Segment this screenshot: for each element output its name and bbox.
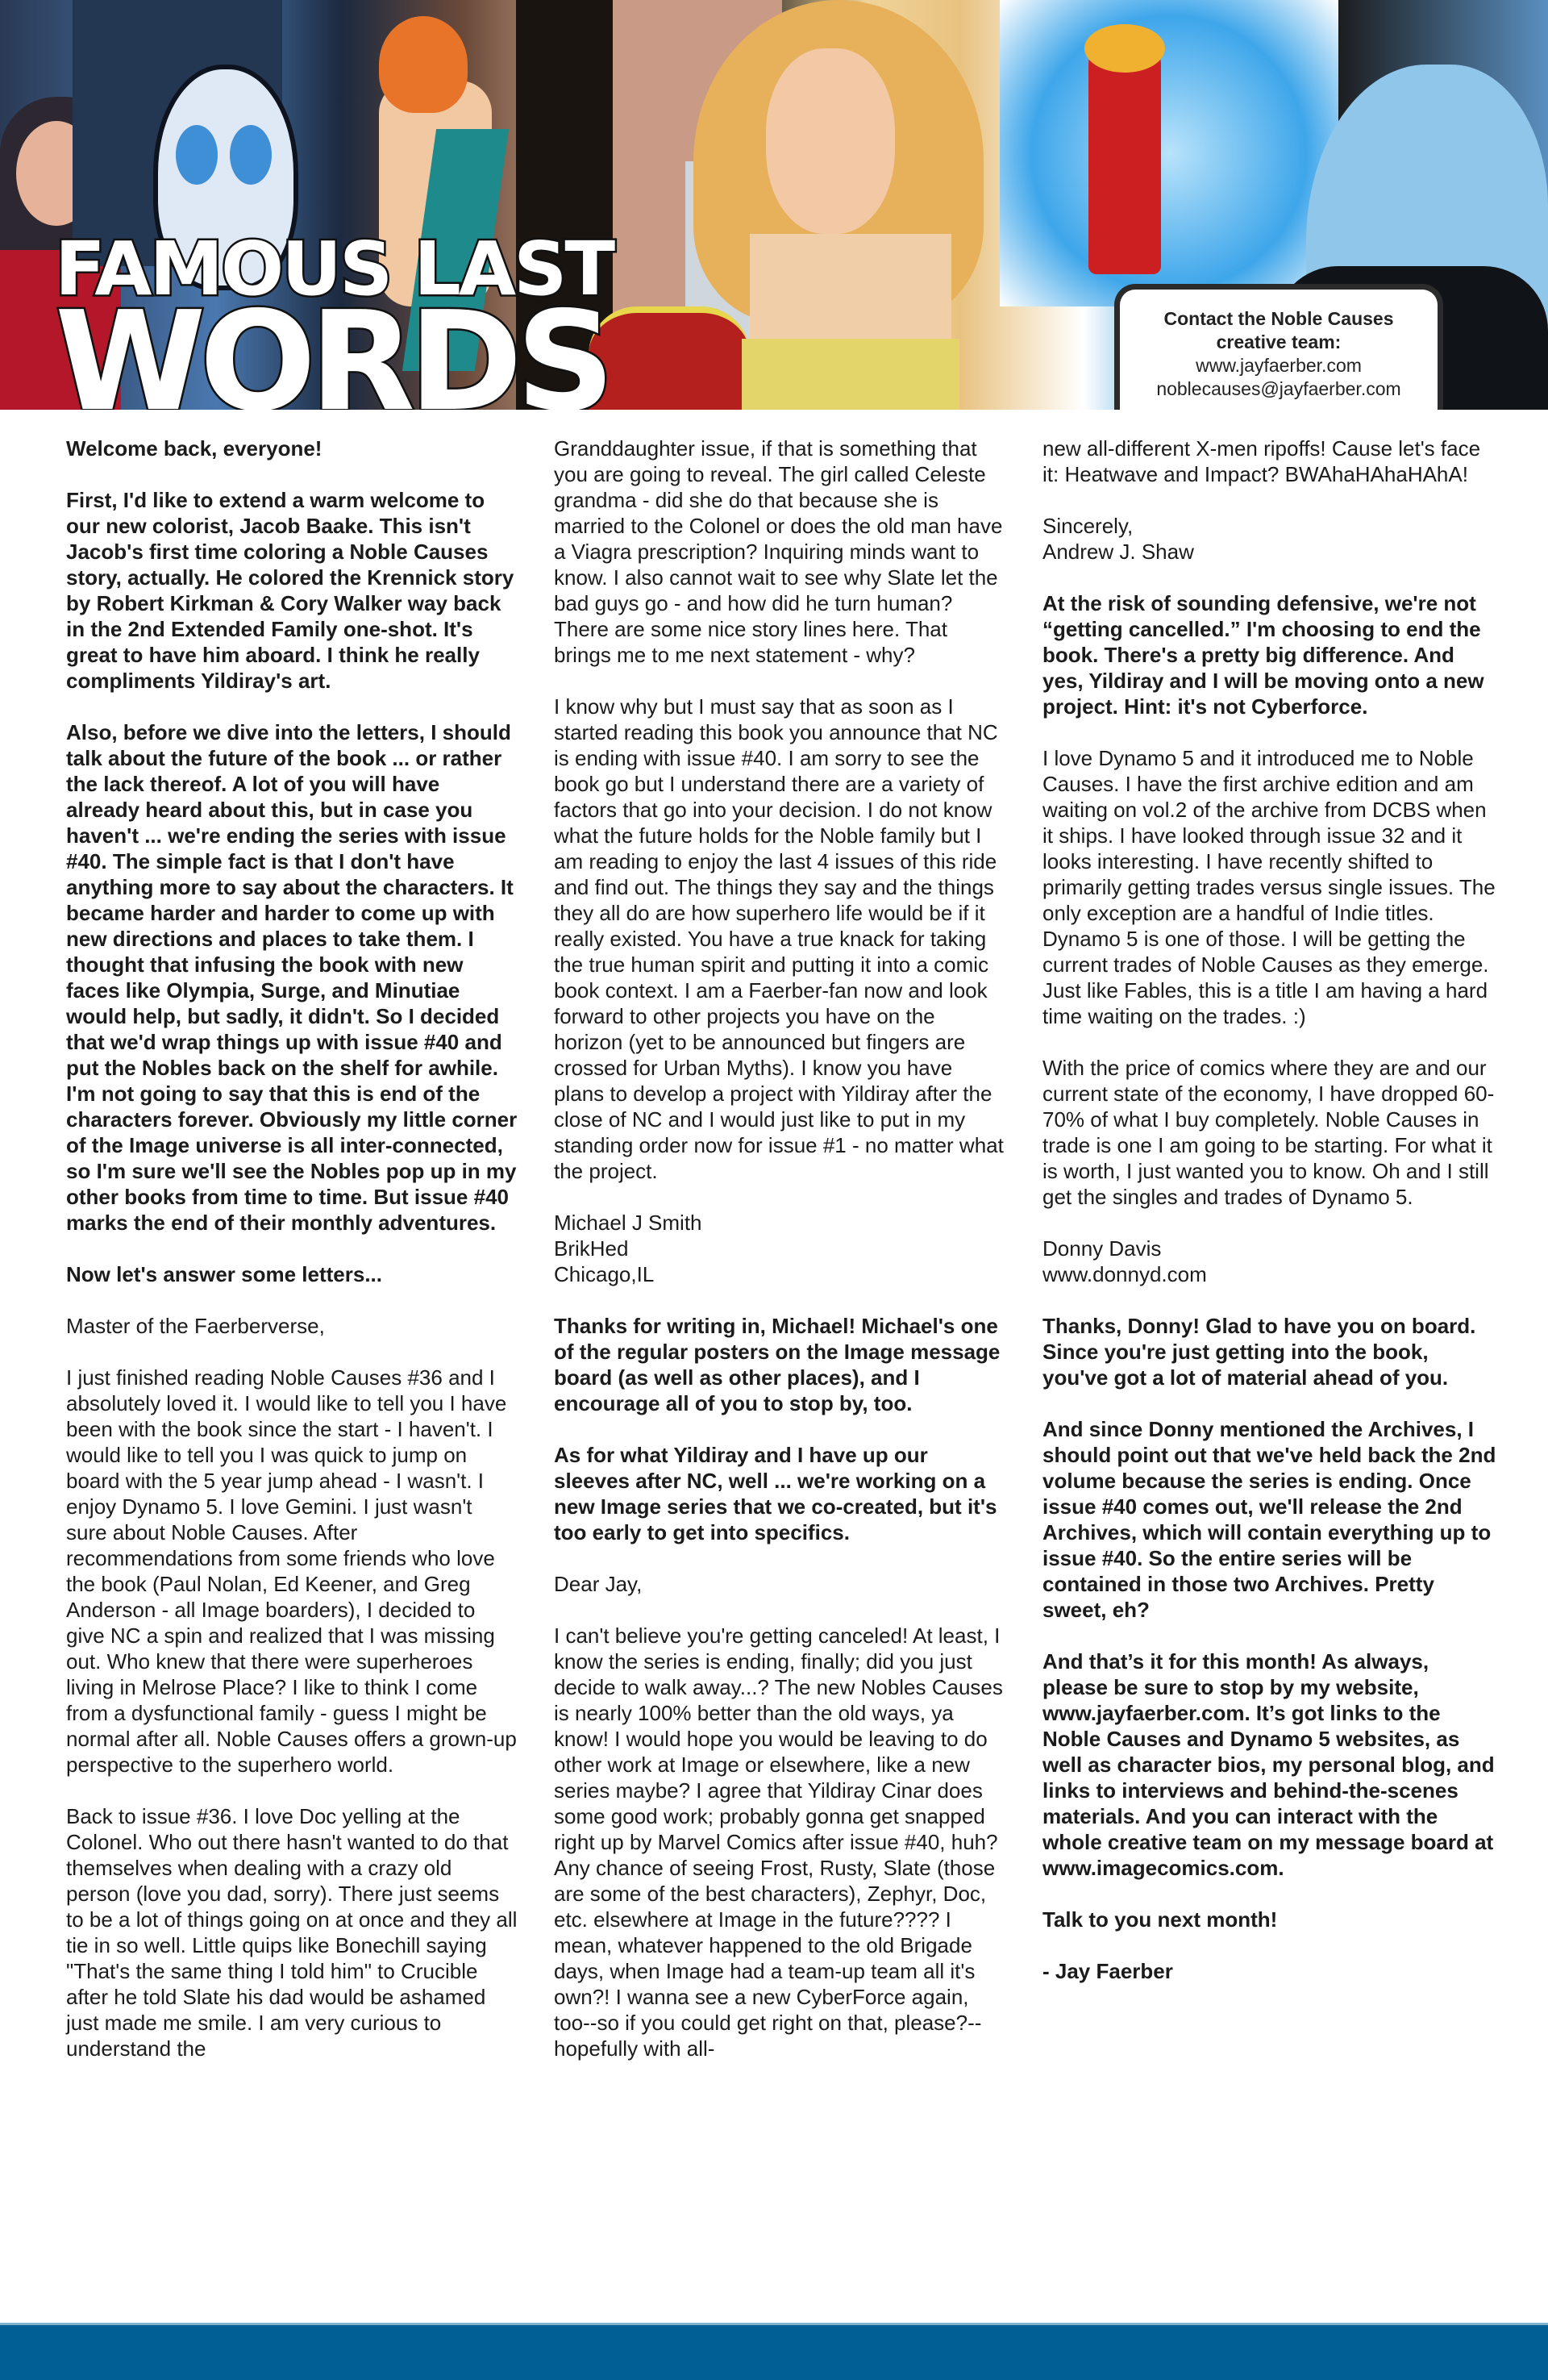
footer-bar: [0, 2323, 1548, 2380]
editor-response-paragraph: First, I'd like to extend a warm welcome…: [66, 487, 518, 694]
letter-paragraph: Dear Jay,: [554, 1571, 1005, 1597]
letter-paragraph: I just finished reading Noble Causes #36…: [66, 1365, 518, 1778]
contact-website-link[interactable]: www.jayfaerber.com: [1120, 354, 1438, 377]
column-right: new all-different X-men ripoffs! Cause l…: [1042, 436, 1498, 2010]
editor-response-paragraph: - Jay Faerber: [1042, 1958, 1498, 1984]
letter-paragraph: With the price of comics where they are …: [1042, 1055, 1498, 1210]
editor-response-paragraph: As for what Yildiray and I have up our s…: [554, 1442, 1005, 1545]
column-middle: Granddaughter issue, if that is somethin…: [554, 436, 1005, 2087]
editor-response-paragraph: Thanks, Donny! Glad to have you on board…: [1042, 1313, 1498, 1390]
character-illustration: [1000, 0, 1338, 306]
letter-paragraph: Back to issue #36. I love Doc yelling at…: [66, 1803, 518, 2061]
column-left: Welcome back, everyone!First, I'd like t…: [66, 436, 518, 2087]
letter-paragraph: I love Dynamo 5 and it introduced me to …: [1042, 745, 1498, 1029]
editor-response-paragraph: And since Donny mentioned the Archives, …: [1042, 1416, 1498, 1623]
letter-paragraph: Granddaughter issue, if that is somethin…: [554, 436, 1005, 668]
editor-response-paragraph: Welcome back, everyone!: [66, 436, 518, 461]
editor-response-paragraph: And that’s it for this month! As always,…: [1042, 1648, 1498, 1881]
page-title: WORDS: [55, 294, 608, 410]
character-illustration: [589, 306, 750, 410]
character-illustration: [1084, 24, 1165, 73]
contact-box: Contact the Noble Causes creative team: …: [1114, 284, 1443, 410]
editor-response-paragraph: Thanks for writing in, Michael! Michael'…: [554, 1313, 1005, 1416]
letter-paragraph: Michael J Smith BrikHed Chicago,IL: [554, 1210, 1005, 1287]
contact-heading: creative team:: [1120, 331, 1438, 354]
character-illustration: [176, 125, 218, 185]
letter-paragraph: Donny Davis www.donnyd.com: [1042, 1236, 1498, 1287]
editor-response-paragraph: Now let's answer some letters...: [66, 1261, 518, 1287]
header-illustration: FAMOUS LAST WORDS Contact the Noble Caus…: [0, 0, 1548, 410]
letter-paragraph: Sincerely, Andrew J. Shaw: [1042, 513, 1498, 565]
contact-heading: Contact the Noble Causes: [1120, 307, 1438, 331]
editor-response-paragraph: Also, before we dive into the letters, I…: [66, 719, 518, 1236]
editor-response-paragraph: At the risk of sounding defensive, we're…: [1042, 590, 1498, 719]
letter-paragraph: Master of the Faerberverse,: [66, 1313, 518, 1339]
character-illustration: [230, 125, 272, 185]
character-illustration: [379, 16, 468, 113]
contact-email-link[interactable]: noblecauses@jayfaerber.com: [1120, 377, 1438, 401]
editor-response-paragraph: Talk to you next month!: [1042, 1907, 1498, 1932]
letter-paragraph: I can't believe you're getting canceled!…: [554, 1623, 1005, 2061]
letter-paragraph: new all-different X-men ripoffs! Cause l…: [1042, 436, 1498, 487]
character-illustration: [766, 48, 895, 234]
letter-paragraph: I know why but I must say that as soon a…: [554, 694, 1005, 1184]
letters-columns: Welcome back, everyone!First, I'd like t…: [0, 436, 1548, 2307]
character-illustration: [742, 339, 959, 410]
